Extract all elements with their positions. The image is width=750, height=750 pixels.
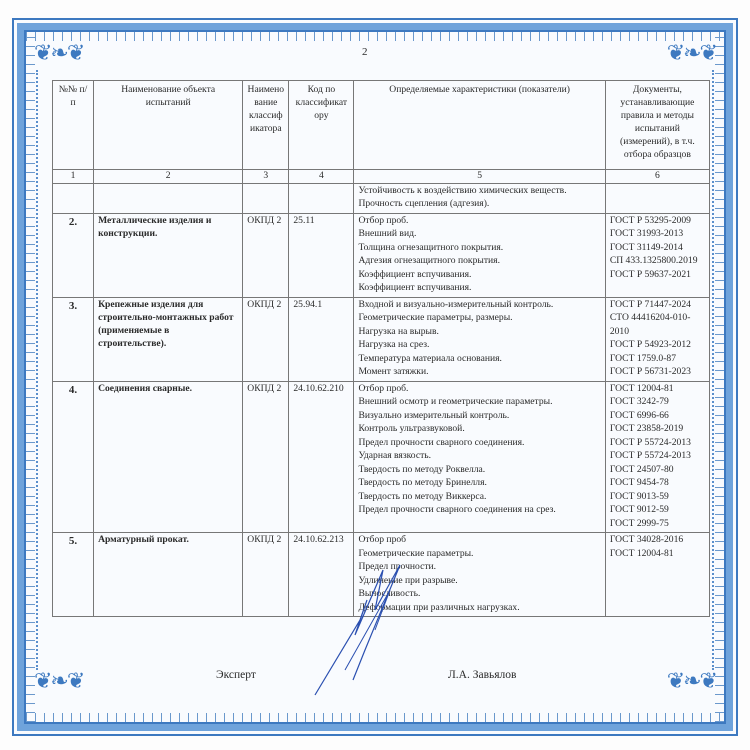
header-characteristics: Определяемые характеристики (показатели)	[354, 81, 605, 170]
standard-document: ГОСТ 9012-59	[610, 504, 705, 518]
characteristic-item: Внешний вид.	[358, 228, 600, 242]
standard-document: ГОСТ 6996-66	[610, 410, 705, 424]
object-name: Соединения сварные.	[94, 381, 243, 533]
row-number: 3.	[53, 297, 94, 381]
standard-document: ГОСТ Р 55724-2013	[610, 437, 705, 451]
expert-role-label: Эксперт	[216, 669, 256, 681]
row-number	[53, 183, 94, 213]
classifier	[243, 183, 289, 213]
column-index: 6	[605, 170, 709, 184]
row-number: 2.	[53, 213, 94, 297]
classifier-code: 24.10.62.210	[289, 381, 354, 533]
standard-document: ГОСТ Р 53295-2009	[610, 215, 705, 229]
object-name: Арматурный прокат.	[94, 533, 243, 617]
standard-document: ГОСТ Р 59637-2021	[610, 269, 705, 283]
column-index: 1	[53, 170, 94, 184]
table-row: Устойчивость к воздействию химических ве…	[53, 183, 710, 213]
standard-document: ГОСТ 31149-2014	[610, 242, 705, 256]
signature	[305, 560, 425, 700]
corner-ornament-icon: ❦❧❦	[34, 40, 83, 66]
standard-document: ГОСТ 3242-79	[610, 396, 705, 410]
classifier: ОКПД 2	[243, 297, 289, 381]
characteristic-item: Устойчивость к воздействию химических ве…	[358, 185, 600, 199]
characteristic-item: Визуально измерительный контроль.	[358, 410, 600, 424]
documents-cell	[605, 183, 709, 213]
documents-cell: ГОСТ 34028-2016ГОСТ 12004-81	[605, 533, 709, 617]
object-name: Металлические изделия и конструкции.	[94, 213, 243, 297]
documents-cell: ГОСТ Р 53295-2009ГОСТ 31993-2013ГОСТ 311…	[605, 213, 709, 297]
characteristic-item: Отбор проб.	[358, 215, 600, 229]
standard-document: ГОСТ 12004-81	[610, 383, 705, 397]
characteristic-item: Твердость по методу Виккерса.	[358, 491, 600, 505]
classifier: ОКПД 2	[243, 213, 289, 297]
column-index: 5	[354, 170, 605, 184]
expert-name: Л.А. Завьялов	[448, 669, 516, 681]
header-documents: Документы, устанавливающие правила и мет…	[605, 81, 709, 170]
characteristic-item: Коэффициент вспучивания.	[358, 282, 600, 296]
characteristics-cell: Отбор проб.Внешний осмотр и геометрическ…	[354, 381, 605, 533]
standard-document: ГОСТ 2999-75	[610, 518, 705, 532]
characteristic-item: Геометрические параметры, размеры.	[358, 312, 600, 326]
characteristic-item: Толщина огнезащитного покрытия.	[358, 242, 600, 256]
characteristic-item: Температура материала основания.	[358, 353, 600, 367]
classifier: ОКПД 2	[243, 381, 289, 533]
standard-document: ГОСТ 31993-2013	[610, 228, 705, 242]
classifier-code: 25.94.1	[289, 297, 354, 381]
characteristics-cell: Устойчивость к воздействию химических ве…	[354, 183, 605, 213]
standard-document: ГОСТ 34028-2016	[610, 534, 705, 548]
standard-document: ГОСТ 23858-2019	[610, 423, 705, 437]
characteristic-item: Предел прочности сварного соединения.	[358, 437, 600, 451]
corner-ornament-icon: ❦❧❦	[667, 40, 716, 66]
standard-document: ГОСТ 24507-80	[610, 464, 705, 478]
header-number: №№ п/п	[53, 81, 94, 170]
characteristics-cell: Входной и визуально-измерительный контро…	[354, 297, 605, 381]
characteristic-item: Отбор проб.	[358, 383, 600, 397]
characteristics-cell: Отбор проб.Внешний вид.Толщина огнезащит…	[354, 213, 605, 297]
page-number: 2	[362, 46, 368, 58]
object-name	[94, 183, 243, 213]
characteristic-item: Отбор проб	[358, 534, 600, 548]
characteristic-item: Контроль ультразвуковой.	[358, 423, 600, 437]
characteristic-item: Твердость по методу Роквелла.	[358, 464, 600, 478]
characteristic-item: Внешний осмотр и геометрические параметр…	[358, 396, 600, 410]
classifier: ОКПД 2	[243, 533, 289, 617]
classifier-code: 25.11	[289, 213, 354, 297]
standard-document: СТО 44416204-010-	[610, 312, 705, 326]
standard-document: 2010	[610, 326, 705, 340]
table-header-row: №№ п/п Наименование объекта испытаний На…	[53, 81, 710, 170]
standard-document: ГОСТ Р 54923-2012	[610, 339, 705, 353]
characteristic-item: Момент затяжки.	[358, 366, 600, 380]
characteristic-item: Ударная вязкость.	[358, 450, 600, 464]
header-classifier: Наимено вание классиф икатора	[243, 81, 289, 170]
standard-document: ГОСТ 9013-59	[610, 491, 705, 505]
standard-document: СП 433.1325800.2019	[610, 255, 705, 269]
characteristic-item: Прочность сцепления (адгезия).	[358, 198, 600, 212]
scope-table: №№ п/п Наименование объекта испытаний На…	[52, 80, 710, 617]
characteristic-item: Входной и визуально-измерительный контро…	[358, 299, 600, 313]
column-index: 2	[94, 170, 243, 184]
column-index: 4	[289, 170, 354, 184]
column-index-row: 1 2 3 4 5 6	[53, 170, 710, 184]
characteristic-item: Нагрузка на вырыв.	[358, 326, 600, 340]
row-number: 4.	[53, 381, 94, 533]
table-row: 2.Металлические изделия и конструкции.ОК…	[53, 213, 710, 297]
corner-ornament-icon: ❦❧❦	[34, 668, 83, 694]
standard-document: ГОСТ Р 56731-2023	[610, 366, 705, 380]
standard-document: ГОСТ 9454-78	[610, 477, 705, 491]
standard-document: ГОСТ 1759.0-87	[610, 353, 705, 367]
header-code: Код по классификат ору	[289, 81, 354, 170]
characteristic-item: Твердость по методу Бринелля.	[358, 477, 600, 491]
header-object-name: Наименование объекта испытаний	[94, 81, 243, 170]
corner-ornament-icon: ❦❧❦	[667, 668, 716, 694]
column-index: 3	[243, 170, 289, 184]
classifier-code	[289, 183, 354, 213]
side-vine-ornament	[36, 70, 44, 670]
characteristic-item: Предел прочности сварного соединения на …	[358, 504, 600, 518]
object-name: Крепежные изделия для строительно-монтаж…	[94, 297, 243, 381]
standard-document: ГОСТ Р 55724-2013	[610, 450, 705, 464]
table-row: 3.Крепежные изделия для строительно-монт…	[53, 297, 710, 381]
table-body: Устойчивость к воздействию химических ве…	[53, 183, 710, 617]
standard-document: ГОСТ Р 71447-2024	[610, 299, 705, 313]
documents-cell: ГОСТ Р 71447-2024СТО 44416204-010-2010ГО…	[605, 297, 709, 381]
table-row: 4.Соединения сварные.ОКПД 224.10.62.210О…	[53, 381, 710, 533]
standard-document: ГОСТ 12004-81	[610, 548, 705, 562]
characteristic-item: Адгезия огнезащитного покрытия.	[358, 255, 600, 269]
characteristic-item: Коэффициент вспучивания.	[358, 269, 600, 283]
row-number: 5.	[53, 533, 94, 617]
documents-cell: ГОСТ 12004-81ГОСТ 3242-79ГОСТ 6996-66ГОС…	[605, 381, 709, 533]
characteristic-item: Нагрузка на срез.	[358, 339, 600, 353]
